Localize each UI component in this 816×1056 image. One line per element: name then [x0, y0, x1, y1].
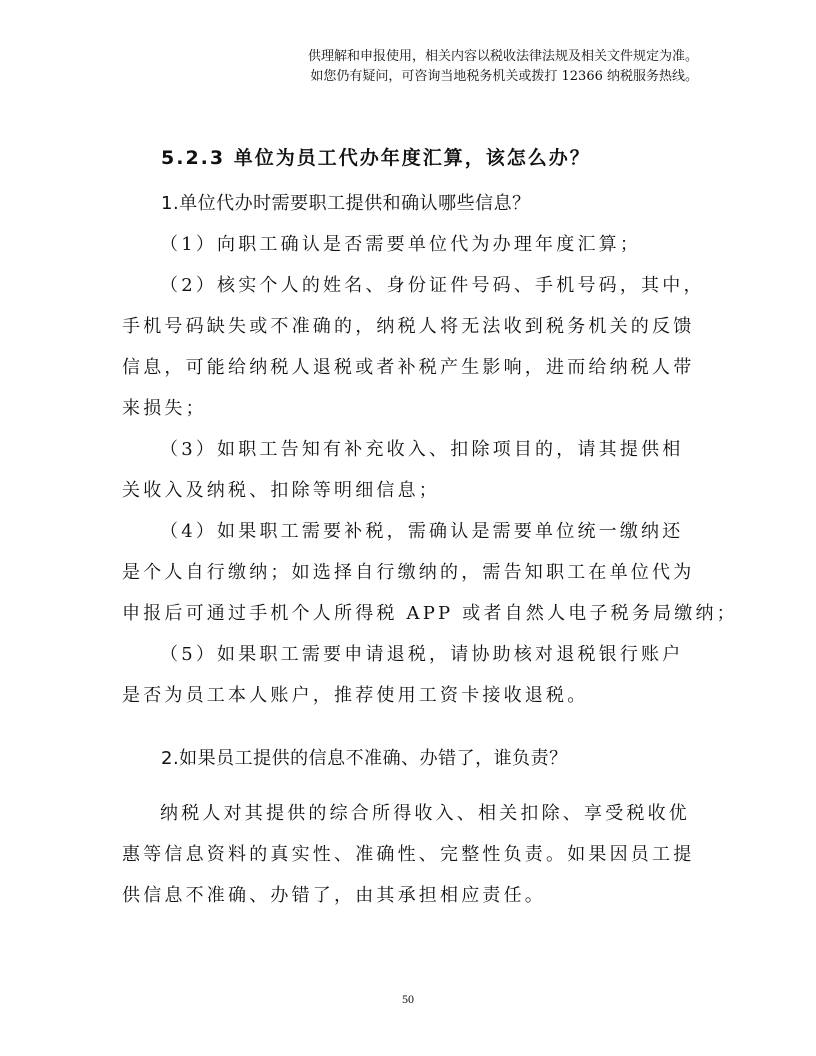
disclaimer-line-2: 如您仍有疑问，可咨询当地税务机关或拨打 12366 纳税服务热线。 — [308, 67, 698, 87]
question-2-heading: 2.如果员工提供的信息不准确、办错了，谁负责？ — [161, 744, 568, 770]
text-line: 是个人自行缴纳；如选择自行缴纳的，需告知职工在单位代为 — [122, 552, 712, 593]
text-line: 关收入及纳税、扣除等明细信息； — [122, 470, 712, 511]
text-line: 惠等信息资料的真实性、准确性、完整性负责。如果因员工提 — [122, 834, 712, 875]
question-1-item-4: （4）如果职工需要补税，需确认是需要单位统一缴纳还 是个人自行缴纳；如选择自行缴… — [122, 511, 712, 634]
question-1-item-1: （1）向职工确认是否需要单位代为办理年度汇算； — [122, 224, 712, 265]
text-line: （3）如职工告知有补充收入、扣除项目的，请其提供相 — [122, 429, 712, 470]
text-line: 纳税人对其提供的综合所得收入、相关扣除、享受税收优 — [122, 793, 712, 834]
question-1-heading: 1.单位代办时需要职工提供和确认哪些信息？ — [161, 189, 531, 215]
question-1-item-5: （5）如果职工需要申请退税，请协助核对退税银行账户 是否为员工本人账户，推荐使用… — [122, 634, 712, 716]
page-number: 50 — [0, 992, 816, 1007]
question-1-item-2: （2）核实个人的姓名、身份证件号码、手机号码，其中， 手机号码缺失或不准确的，纳… — [122, 265, 712, 429]
text-line: （5）如果职工需要申请退税，请协助核对退税银行账户 — [122, 634, 712, 675]
text-line: （1）向职工确认是否需要单位代为办理年度汇算； — [122, 224, 712, 265]
section-title: 5.2.3 单位为员工代办年度汇算，该怎么办？ — [161, 143, 591, 170]
text-line: 来损失； — [122, 388, 712, 429]
text-line: （2）核实个人的姓名、身份证件号码、手机号码，其中， — [122, 265, 712, 306]
text-line: 是否为员工本人账户，推荐使用工资卡接收退税。 — [122, 675, 712, 716]
text-line: 供信息不准确、办错了，由其承担相应责任。 — [122, 875, 712, 916]
question-1-item-3: （3）如职工告知有补充收入、扣除项目的，请其提供相 关收入及纳税、扣除等明细信息… — [122, 429, 712, 511]
disclaimer-line-1: 供理解和申报使用，相关内容以税收法律法规及相关文件规定为准。 — [308, 47, 698, 67]
text-line: （4）如果职工需要补税，需确认是需要单位统一缴纳还 — [122, 511, 712, 552]
text-line: 手机号码缺失或不准确的，纳税人将无法收到税务机关的反馈 — [122, 306, 712, 347]
question-2-answer: 纳税人对其提供的综合所得收入、相关扣除、享受税收优 惠等信息资料的真实性、准确性… — [122, 793, 712, 916]
text-line: 申报后可通过手机个人所得税 APP 或者自然人电子税务局缴纳； — [122, 593, 712, 634]
header-disclaimer: 供理解和申报使用，相关内容以税收法律法规及相关文件规定为准。 如您仍有疑问，可咨… — [308, 47, 698, 87]
text-line: 信息，可能给纳税人退税或者补税产生影响，进而给纳税人带 — [122, 347, 712, 388]
